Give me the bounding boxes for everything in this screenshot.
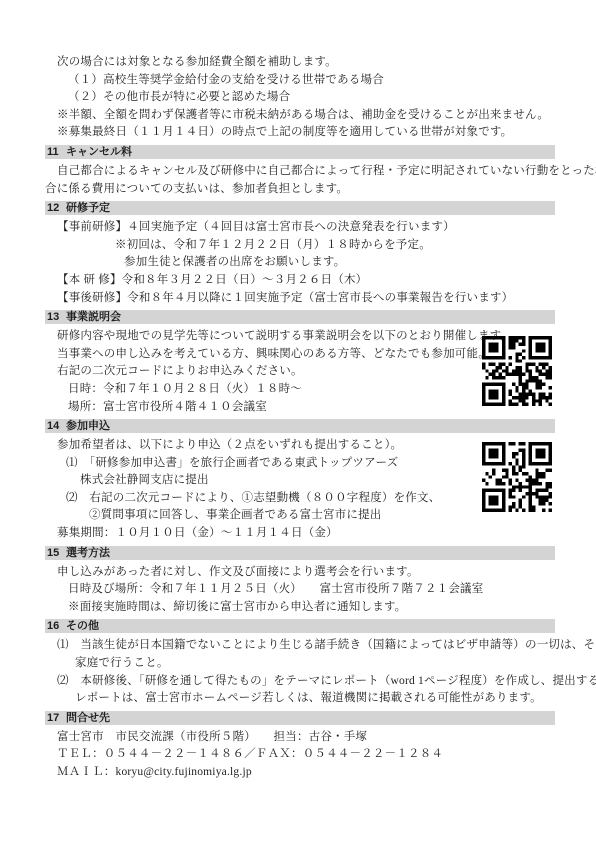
application-period: 募集期間：１０月１０日（金）～１１月１４日（金） [45, 525, 555, 543]
main-training-line: 【本 研 修】令和８年３月２２日（日）～３月２６日（木） [45, 272, 555, 290]
section-number: 15 [45, 546, 66, 560]
section-title: 参加申込 [66, 419, 110, 433]
selection-datetime-place: 日時及び場所：令和７年１１月２５日（火） 富士宮市役所７階７２１会議室 [45, 581, 555, 599]
subsidy-note-2: ※募集最終日（１１月１４日）の時点で上記の制度等を適用している世帯が対象です。 [45, 124, 555, 142]
subsidy-intro-block: 次の場合には対象となる参加経費全額を補助します。 （１）高校生等奨学金給付金の支… [45, 54, 555, 142]
section-title: 問合せ先 [66, 711, 110, 725]
section-title: その他 [66, 619, 99, 633]
section-14-application: 14 参加申込 参加希望者は、以下により申込（２点をいずれも提出すること）。 ⑴… [45, 419, 555, 543]
selection-text-line: 申し込みがあった者に対し、作文及び面接により選考会を行います。 [45, 564, 555, 582]
application-item-1-cont: 株式会社静岡支店に提出 [45, 472, 555, 490]
subsidy-note-1: ※半額、全額を問わず保護者等に市税未納がある場合は、補助金を受けることが出来ませ… [45, 107, 555, 125]
section-12-header: 12 研修予定 [45, 201, 555, 215]
selection-note: ※面接実施時間は、締切後に富士宮市から申込者に通知します。 [45, 599, 555, 617]
briefing-place: 場所：富士宮市役所４階４１０会議室 [45, 399, 555, 417]
other-item-1-cont: 家庭で行うこと。 [45, 655, 555, 673]
section-14-header: 14 参加申込 [45, 419, 555, 433]
other-item-2: ⑵ 本研修後、「研修を通して得たもの」をテーマにレポート（word 1ページ程度… [45, 673, 555, 691]
section-number: 11 [45, 145, 66, 159]
section-title: 事業説明会 [66, 310, 121, 324]
other-item-1: ⑴ 当該生徒が日本国籍でないことにより生じる諸手続き（国籍によってはビザ申請等）… [45, 637, 555, 655]
section-15-selection-method: 15 選考方法 申し込みがあった者に対し、作文及び面接により選考会を行います。 … [45, 546, 555, 617]
section-15-header: 15 選考方法 [45, 546, 555, 560]
qr-code-icon [482, 336, 552, 406]
briefing-text-line: 当事業への申し込みを考えている方、興味関心のある方等、どなたでも参加可能。 [45, 346, 555, 364]
pre-training-line: 【事前研修】４回実施予定（４回目は富士宮市長への決意発表を行います） [45, 219, 555, 237]
section-12-training-schedule: 12 研修予定 【事前研修】４回実施予定（４回目は富士宮市長への決意発表を行いま… [45, 201, 555, 307]
section-number: 13 [45, 310, 66, 324]
subsidy-case-2: （２）その他市長が特に必要と認めた場合 [45, 89, 555, 107]
document-page: 次の場合には対象となる参加経費全額を補助します。 （１）高校生等奨学金給付金の支… [0, 0, 596, 842]
qr-code-icon [482, 442, 552, 512]
section-number: 14 [45, 419, 66, 433]
briefing-text-line: 研修内容や現地での見学先等について説明する事業説明会を以下のとおり開催します。 [45, 328, 555, 346]
application-item-2-cont: ②質問事項に回答し、事業企画者である富士宮市に提出 [45, 507, 555, 525]
subsidy-case-1: （１）高校生等奨学金給付金の支給を受ける世帯である場合 [45, 72, 555, 90]
section-title: 研修予定 [66, 201, 110, 215]
section-16-header: 16 その他 [45, 619, 555, 633]
section-number: 12 [45, 201, 66, 215]
section-13-briefing-session: 13 事業説明会 研修内容や現地での見学先等について説明する事業説明会を以下のと… [45, 310, 555, 416]
section-number: 16 [45, 619, 66, 633]
contact-department-line: 富士宮市 市民交流課（市役所５階） 担当：古谷・手塚 [45, 729, 555, 747]
pre-training-note-2: 参加生徒と保護者の出席をお願いします。 [45, 254, 555, 272]
briefing-text-line: 右記の二次元コードによりお申込みください。 [45, 363, 555, 381]
application-item-2: ⑵ 右記の二次元コードにより、①志望動機（８００字程度）を作文、 [45, 490, 555, 508]
section-11-cancel-fee: 11 キャンセル料 自己都合によるキャンセル及び研修中に自己都合によって行程・予… [45, 145, 555, 198]
section-title: キャンセル料 [66, 145, 132, 159]
section-title: 選考方法 [66, 546, 110, 560]
briefing-datetime: 日時：令和７年１０月２８日（火）１８時～ [45, 381, 555, 399]
section-13-header: 13 事業説明会 [45, 310, 555, 324]
cancel-fee-text-line: 自己都合によるキャンセル及び研修中に自己都合によって行程・予定に明記されていない… [45, 163, 555, 181]
pre-training-note-1: ※初回は、令和７年１２月２２日（月）１８時からを予定。 [45, 237, 555, 255]
section-17-header: 17 問合せ先 [45, 711, 555, 725]
contact-tel-fax-line: ＴＥＬ：０５４４－２２－１４８６／ＦＡＸ：０５４４－２２－１２８４ [45, 746, 555, 764]
application-intro-line: 参加希望者は、以下により申込（２点をいずれも提出すること）。 [45, 437, 555, 455]
subsidy-intro-line: 次の場合には対象となる参加経費全額を補助します。 [45, 54, 555, 72]
application-item-1: ⑴ 「研修参加申込書」を旅行企画者である東武トップツアーズ [45, 455, 555, 473]
cancel-fee-text-line: 合に係る費用についての支払いは、参加者負担とします。 [45, 181, 555, 199]
post-training-line: 【事後研修】令和８年４月以降に１回実施予定（富士宮市長への事業報告を行います） [45, 290, 555, 308]
section-16-other: 16 その他 ⑴ 当該生徒が日本国籍でないことにより生じる諸手続き（国籍によって… [45, 619, 555, 707]
section-number: 17 [45, 711, 66, 725]
document-content: 次の場合には対象となる参加経費全額を補助します。 （１）高校生等奨学金給付金の支… [45, 54, 555, 782]
section-11-header: 11 キャンセル料 [45, 145, 555, 159]
section-17-contact: 17 問合せ先 富士宮市 市民交流課（市役所５階） 担当：古谷・手塚 ＴＥＬ：０… [45, 711, 555, 782]
other-item-2-cont: レポートは、富士宮市ホームページ若しくは、報道機関に掲載される可能性があります。 [45, 690, 555, 708]
contact-mail-line: ＭＡＩＬ：koryu@city.fujinomiya.lg.jp [45, 764, 555, 782]
